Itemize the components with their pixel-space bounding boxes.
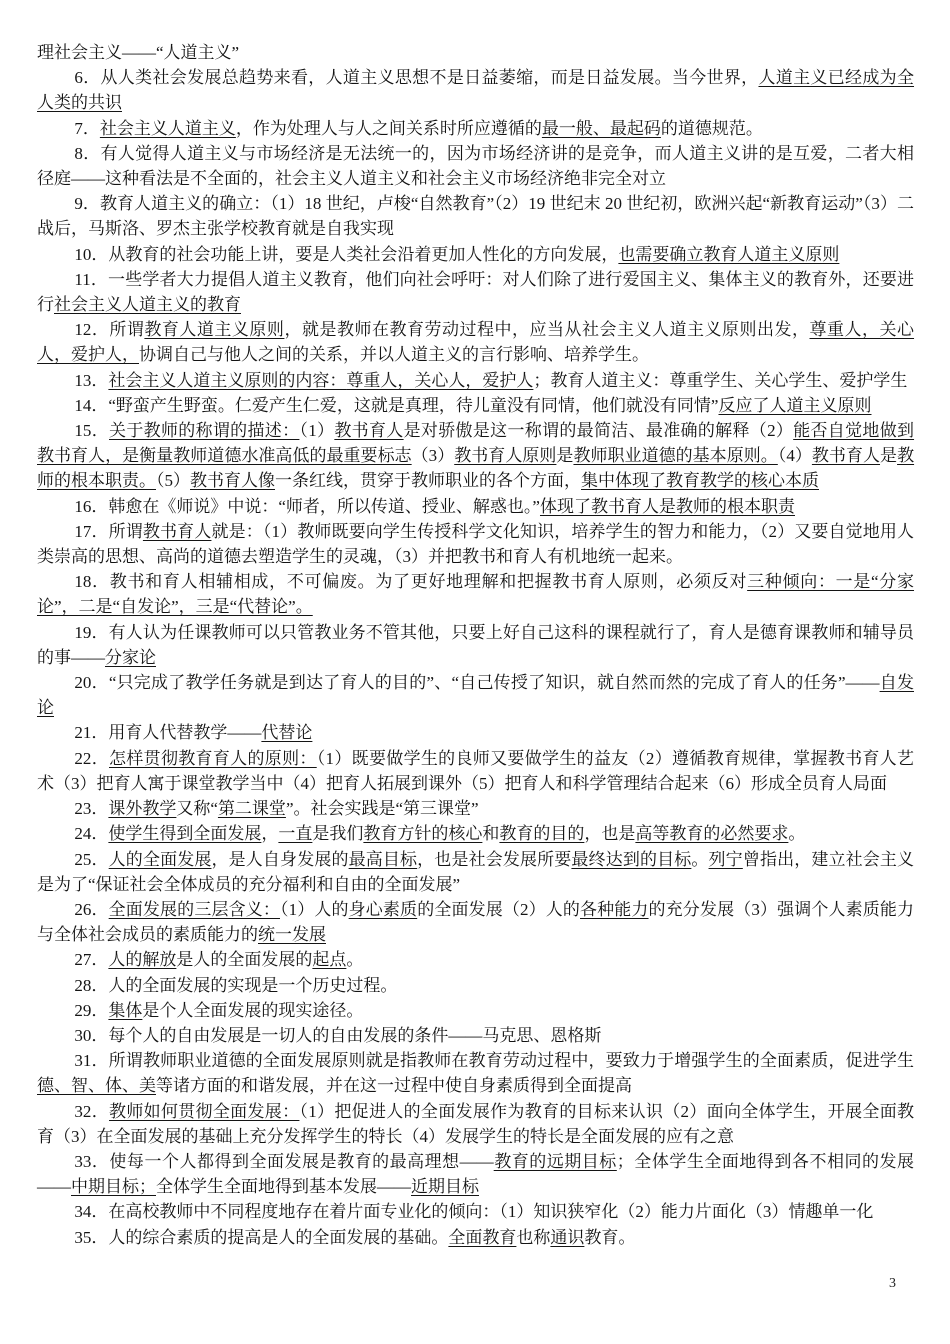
text-run: 也称 (516, 1228, 550, 1247)
underlined-run: 分家论 (105, 648, 156, 667)
text-run: 31．所谓教师职业道德的全面发展原则就是指教师在教育劳动过程中，要致力于增强学生… (74, 1051, 914, 1070)
underlined-run: 怎样贯彻教育育人的原则： (109, 749, 317, 768)
underlined-run: 教书育人 (812, 446, 880, 465)
underlined-run: 一直 (278, 824, 312, 843)
text-run: 协调自己与他人之间的关系，并以人道主义的言行影响、培养学生。 (139, 345, 649, 364)
underlined-run: 教书育人原则 (454, 446, 556, 465)
text-run: ，是人自身发展的 (212, 850, 349, 869)
paragraph-19: 24．使学生得到全面发展，一直是我们教育方针的核心和教育的目的，也是高等教育的必… (37, 821, 914, 846)
underlined-run: 集中体现了教育教学的核心本质 (581, 471, 819, 490)
underlined-run: 反应了人道主义原则 (718, 396, 871, 415)
text-run: （1）人的 (280, 900, 349, 919)
underlined-run: 集体 (108, 1001, 142, 1020)
underlined-run: 体现了教书育人是教师的根本职责 (540, 497, 795, 516)
document-body: 理社会主义——“人道主义”6．从人类社会发展总趋势来看，人道主义思想不是日益萎缩… (37, 40, 914, 1250)
paragraph-20: 25．人的全面发展，是人自身发展的最高目标，也是社会发展所要最终达到的目标。列宁… (37, 847, 914, 897)
underlined-run: 教育的目的 (499, 824, 584, 843)
underlined-run: 德、智、体、美 (37, 1076, 156, 1095)
underlined-run: 使学生得到全面发展 (108, 824, 261, 843)
underlined-run: 身心素质 (349, 900, 418, 919)
page-number: 3 (889, 1274, 896, 1294)
underlined-run: 近期目标 (411, 1177, 479, 1196)
paragraph-13: 18．教书和育人相辅相成，不可偏废。为了更好地理解和把握教书育人原则，必须反对三… (37, 569, 914, 619)
text-run: ，就是教师在教育劳动过程中，应当从社会主义人道主义原则出发， (284, 320, 809, 339)
paragraph-21: 26．全面发展的三层含义：（1）人的身心素质的全面发展（2）人的各种能力的充分发… (37, 897, 914, 947)
text-run: 8．有人觉得人道主义与市场经济是无法统一的，因为市场经济讲的是竞争，而人道主义讲… (37, 144, 914, 188)
text-run: 14．“野蛮产生野蛮。仁爱产生仁爱，这就是真理，待儿童没有同情，他们就没有同情” (74, 396, 718, 415)
text-run: 33．使每一个人都得到全面发展是教育的最高理想—— (74, 1152, 493, 1171)
paragraph-18: 23．课外教学又称“第二课堂”。社会实践是“第三课堂” (37, 796, 914, 821)
text-run: ，也是社会发展所要 (417, 850, 571, 869)
paragraph-26: 31．所谓教师职业道德的全面发展原则就是指教师在教育劳动过程中，要致力于增强学生… (37, 1048, 914, 1098)
paragraph-17: 22．怎样贯彻教育育人的原则：（1）既要做学生的良师又要做学生的益友（2）遵循教… (37, 746, 914, 796)
underlined-run: 统一发展 (258, 925, 326, 944)
underlined-run: 课外教学 (108, 799, 176, 818)
text-run: 和 (482, 824, 499, 843)
underlined-run: 教书育人像 (190, 471, 275, 490)
text-run: 15． (74, 421, 109, 440)
underlined-run: 全面教育 (448, 1228, 516, 1247)
paragraph-27: 32．教师如何贯彻全面发展：（1）把促进人的全面发展作为教育的目标来认识（2）面… (37, 1099, 914, 1149)
underlined-run: 关于教师的称谓的描述： (109, 421, 299, 440)
text-run: 。 (788, 824, 805, 843)
text-run: ， (261, 824, 278, 843)
paragraph-7: 12．所谓教育人道主义原则，就是教师在教育劳动过程中，应当从社会主义人道主义原则… (37, 317, 914, 367)
underlined-run: 列宁 (709, 850, 743, 869)
text-run: 理社会主义——“人道主义” (37, 43, 239, 62)
text-run: 30．每个人的自由发展是一切人的自由发展的条件——马克思、恩格斯 (74, 1026, 601, 1045)
underlined-run: 代替论 (261, 723, 312, 742)
text-run: 26． (74, 900, 108, 919)
underlined-run: 最一般、最起码 (542, 119, 661, 138)
paragraph-6: 11．一些学者大力提倡人道主义教育，他们向社会呼吁：对人们除了进行爱国主义、集体… (37, 267, 914, 317)
paragraph-23: 28．人的全面发展的实现是一个历史过程。 (37, 973, 914, 998)
underlined-run: 各种能力 (580, 900, 649, 919)
underlined-run: 教育的远期目标 (494, 1152, 617, 1171)
paragraph-11: 16．韩愈在《师说》中说：“师者，所以传道、授业、解惑也。”体现了教书育人是教师… (37, 494, 914, 519)
underlined-run: 尊重人，关心人，爱护人 (346, 371, 533, 390)
text-run: （3） (412, 446, 455, 465)
text-run: 34．在高校教师中不同程度地存在着片面专业化的倾向：（1）知识狭窄化（2）能力片… (74, 1202, 873, 1221)
paragraph-24: 29．集体是个人全面发展的现实途径。 (37, 998, 914, 1023)
underlined-run: 第二课堂 (218, 799, 286, 818)
text-run: 全体学生全面地得到基本发展—— (156, 1177, 411, 1196)
underlined-run: 教师如何贯彻全面发展： (109, 1102, 299, 1121)
underlined-run: 社会主义人道主义的教育 (54, 295, 241, 314)
text-run: 又称“ (176, 799, 218, 818)
paragraph-5: 10．从教育的社会功能上讲，要是人类社会沿着更加人性化的方向发展，也需要确立教育… (37, 242, 914, 267)
paragraph-0: 理社会主义——“人道主义” (37, 40, 914, 65)
text-run: 32． (74, 1102, 109, 1121)
paragraph-1: 6．从人类社会发展总趋势来看，人道主义思想不是日益萎缩，而是日益发展。当今世界，… (37, 65, 914, 115)
text-run: 的全面发展（2）人的 (417, 900, 580, 919)
text-run: 29． (74, 1001, 108, 1020)
text-run: ；教育人道主义：尊重学生、关心学生、爱护学生 (533, 371, 907, 390)
text-run: （5） (156, 471, 190, 490)
text-run: 17．所谓 (74, 522, 143, 541)
text-run: 等诸方面的和谐发展，并在这一过程中使自身素质得到全面提高 (156, 1076, 632, 1095)
underlined-run: 也需要确立教育人道主义原则 (618, 245, 839, 264)
paragraph-30: 35．人的综合素质的提高是人的全面发展的基础。全面教育也称通识教育。 (37, 1225, 914, 1250)
text-run: 6．从人类社会发展总趋势来看，人道主义思想不是日益萎缩，而是日益发展。当今世界， (74, 68, 758, 87)
underlined-run: 中期目标； (71, 1177, 156, 1196)
paragraph-12: 17．所谓教书育人就是：（1）教师既要向学生传授科学文化知识，培养学生的智力和能… (37, 519, 914, 569)
text-run: 21．用育人代替教学—— (74, 723, 261, 742)
paragraph-15: 20．“只完成了教学任务就是到达了育人的目的”、“自己传授了知识，就自然而然的完… (37, 670, 914, 720)
paragraph-10: 15．关于教师的称谓的描述：（1）教书育人是对骄傲是这一称谓的最简洁、最准确的解… (37, 418, 914, 494)
text-run: 13． (74, 371, 108, 390)
text-run: 教育。 (584, 1228, 635, 1247)
paragraph-22: 27．人的解放是人的全面发展的起点。 (37, 947, 914, 972)
underlined-run: 社会主义人道主义 (100, 119, 236, 138)
paragraph-29: 34．在高校教师中不同程度地存在着片面专业化的倾向：（1）知识狭窄化（2）能力片… (37, 1199, 914, 1224)
underlined-run: 教育人道主义原则 (144, 320, 284, 339)
text-run: 是 (880, 446, 897, 465)
underlined-run: 教育方针的核心 (363, 824, 482, 843)
text-run: 是人的全面发展的 (176, 950, 312, 969)
paragraph-9: 14．“野蛮产生野蛮。仁爱产生仁爱，这就是真理，待儿童没有同情，他们就没有同情”… (37, 393, 914, 418)
text-run: 23． (74, 799, 108, 818)
paragraph-25: 30．每个人的自由发展是一切人的自由发展的条件——马克思、恩格斯 (37, 1023, 914, 1048)
text-run: 的道德规范。 (661, 119, 763, 138)
text-run: 35．人的综合素质的提高是人的全面发展的基础。 (74, 1228, 448, 1247)
underlined-run: 最高目标 (349, 850, 418, 869)
text-run: 是对骄傲是这一称谓的最简洁、最准确的解释（2） (404, 421, 794, 440)
text-run: 16．韩愈在《师说》中说：“师者，所以传道、授业、解惑也。” (74, 497, 540, 516)
underlined-run: 通识 (550, 1228, 584, 1247)
text-run: ”。社会实践是“第三课堂” (286, 799, 479, 818)
underlined-run: 全面发展的三层含义： (109, 900, 280, 919)
underlined-run: 社会主义人道主义原则的内容： (108, 371, 346, 390)
text-run: 19．有人认为任课教师可以只管教业务不管其他，只要上好自己这科的课程就行了，育人… (37, 623, 914, 667)
text-run: 27． (74, 950, 108, 969)
text-run: 25． (74, 850, 108, 869)
paragraph-14: 19．有人认为任课教师可以只管教业务不管其他，只要上好自己这科的课程就行了，育人… (37, 620, 914, 670)
text-run: 一条红线，贯穿于教师职业的各个方面， (275, 471, 581, 490)
text-run: 。 (691, 850, 708, 869)
text-run: 是 (556, 446, 573, 465)
paragraph-16: 21．用育人代替教学——代替论 (37, 720, 914, 745)
text-run: 9．教育人道主义的确立：（1）18 世纪，卢梭“自然教育”（2）19 世纪末 2… (37, 194, 914, 238)
paragraph-28: 33．使每一个人都得到全面发展是教育的最高理想——教育的远期目标；全体学生全面地… (37, 1149, 914, 1199)
underlined-run: 教师职业道德的基本原则。 (573, 446, 777, 465)
text-run: 24． (74, 824, 108, 843)
underlined-run: 人的解放 (108, 950, 176, 969)
text-run: 7． (74, 119, 100, 138)
underlined-run: 起点 (312, 950, 346, 969)
text-run: 18．教书和育人相辅相成，不可偏废。为了更好地理解和把握教书育人原则，必须反对 (74, 572, 747, 591)
text-run: 12．所谓 (74, 320, 144, 339)
paragraph-3: 8．有人觉得人道主义与市场经济是无法统一的，因为市场经济讲的是竞争，而人道主义讲… (37, 141, 914, 191)
underlined-run: 教书育人 (143, 522, 212, 541)
underlined-run: 高等教育的必然要求 (635, 824, 788, 843)
text-run: 22． (74, 749, 109, 768)
text-run: （4） (778, 446, 812, 465)
document-page: 理社会主义——“人道主义”6．从人类社会发展总趋势来看，人道主义思想不是日益萎缩… (0, 0, 950, 1344)
text-run: ，作为处理人与人之间关系时所应遵循的 (236, 119, 542, 138)
paragraph-8: 13．社会主义人道主义原则的内容：尊重人，关心人，爱护人；教育人道主义：尊重学生… (37, 368, 914, 393)
text-run: 是我们 (312, 824, 363, 843)
text-run: 10．从教育的社会功能上讲，要是人类社会沿着更加人性化的方向发展， (74, 245, 618, 264)
text-run: 是个人全面发展的现实途径。 (142, 1001, 363, 1020)
text-run: ，也是 (584, 824, 635, 843)
paragraph-4: 9．教育人道主义的确立：（1）18 世纪，卢梭“自然教育”（2）19 世纪末 2… (37, 191, 914, 241)
text-run: 20．“只完成了教学任务就是到达了育人的目的”、“自己传授了知识，就自然而然的完… (74, 673, 879, 692)
text-run: 。 (346, 950, 363, 969)
underlined-run: 人的全面发展 (109, 850, 212, 869)
text-run: （1） (299, 421, 334, 440)
underlined-run: 最终达到的目标 (571, 850, 691, 869)
text-run: 28．人的全面发展的实现是一个历史过程。 (74, 976, 397, 995)
paragraph-2: 7．社会主义人道主义，作为处理人与人之间关系时所应遵循的最一般、最起码的道德规范… (37, 116, 914, 141)
underlined-run: 教书育人 (334, 421, 403, 440)
